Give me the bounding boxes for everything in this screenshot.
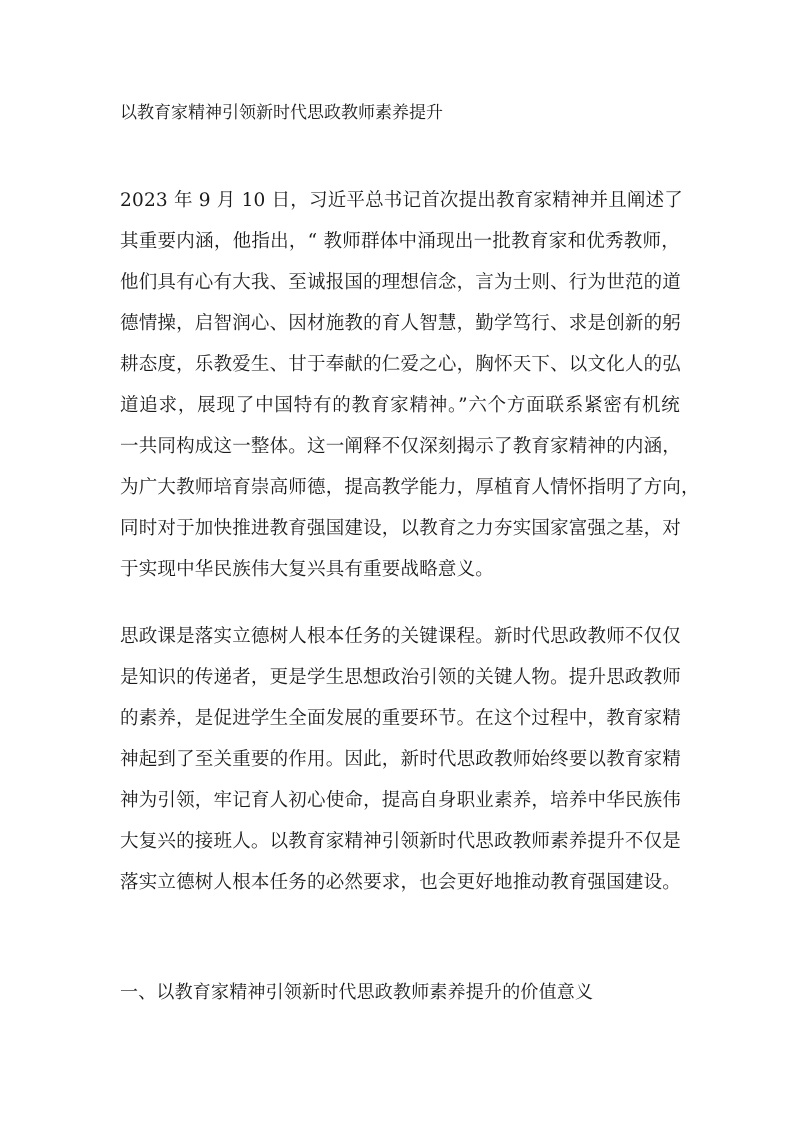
document-title: 以教育家精神引领新时代思政教师素养提升 [120, 101, 443, 125]
paragraph-line: 其重要内涵，他指出，“ 教师群体中涌现出一批教育家和优秀教师， [120, 221, 680, 262]
paragraph-line: 大复兴的接班人。以教育家精神引领新时代思政教师素养提升不仅是 [120, 821, 680, 862]
paragraph-line: 2023 年 9 月 10 日，习近平总书记首次提出教育家精神并且阐述了 [120, 180, 680, 221]
paragraph-line: 耕态度，乐教爱生、甘于奉献的仁爱之心，胸怀天下、以文化人的弘 [120, 344, 680, 385]
paragraph-line: 为广大教师培育崇高师德，提高教学能力，厚植育人情怀指明了方向， [120, 467, 680, 508]
paragraph-line: 道追求，展现了中国特有的教育家精神。”六个方面联系紧密有机统 [120, 385, 680, 426]
paragraph-line: 一共同构成这一整体。这一阐释不仅深刻揭示了教育家精神的内涵， [120, 426, 680, 467]
paragraph-intro: 2023 年 9 月 10 日，习近平总书记首次提出教育家精神并且阐述了 其重要… [120, 180, 680, 590]
paragraph-line: 神为引领，牢记育人初心使命，提高自身职业素养，培养中华民族伟 [120, 780, 680, 821]
paragraph-line: 德情操，启智润心、因材施教的育人智慧，勤学笃行、求是创新的躬 [120, 303, 680, 344]
paragraph-line: 思政课是落实立德树人根本任务的关键课程。新时代思政教师不仅仅 [120, 616, 680, 657]
paragraph-line: 落实立德树人根本任务的必然要求，也会更好地推动教育强国建设。 [120, 862, 680, 903]
paragraph-line: 他们具有心有大我、至诚报国的理想信念，言为士则、行为世范的道 [120, 262, 680, 303]
section-heading: 一、以教育家精神引领新时代思政教师素养提升的价值意义 [120, 978, 593, 1008]
paragraph-line: 的素养，是促进学生全面发展的重要环节。在这个过程中，教育家精 [120, 698, 680, 739]
paragraph-course: 思政课是落实立德树人根本任务的关键课程。新时代思政教师不仅仅 是知识的传递者，更… [120, 616, 680, 903]
document-page: 以教育家精神引领新时代思政教师素养提升 2023 年 9 月 10 日，习近平总… [0, 0, 793, 1122]
paragraph-line: 于实现中华民族伟大复兴具有重要战略意义。 [120, 549, 680, 590]
paragraph-line: 是知识的传递者，更是学生思想政治引领的关键人物。提升思政教师 [120, 657, 680, 698]
paragraph-line: 同时对于加快推进教育强国建设，以教育之力夯实国家富强之基，对 [120, 508, 680, 549]
paragraph-line: 神起到了至关重要的作用。因此，新时代思政教师始终要以教育家精 [120, 739, 680, 780]
